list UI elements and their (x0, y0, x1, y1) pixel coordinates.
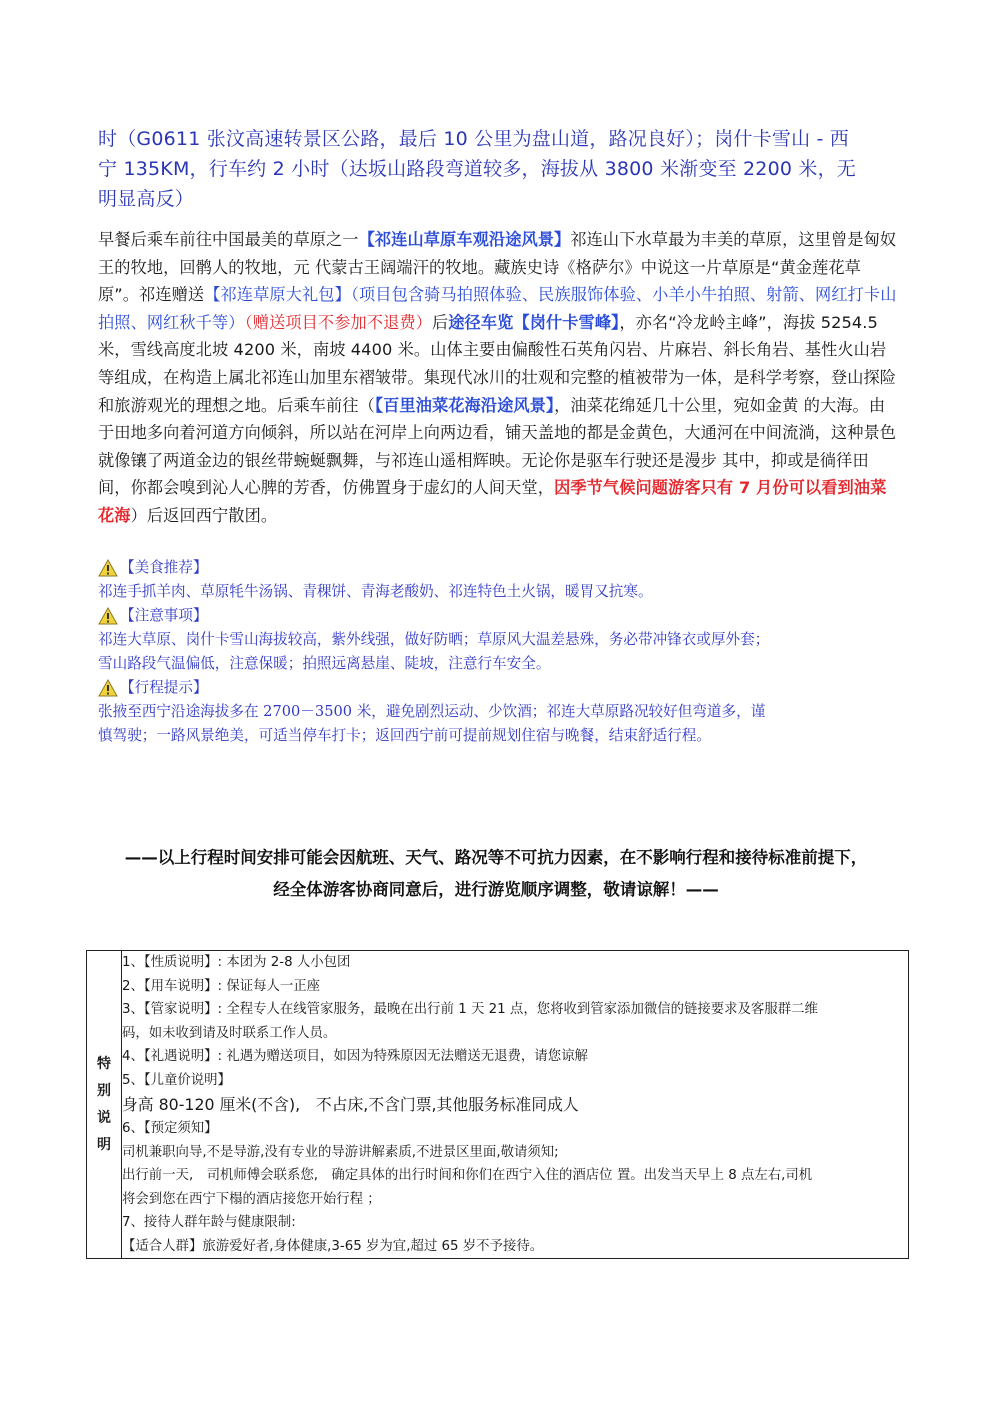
note-row: 司机兼职向导,不是导游,没有专业的导游讲解素质,不进景区里面,敬请须知; (122, 1141, 908, 1165)
route-line-1: 时（G0611 张汶高速转景区公路，最后 10 公里为盘山道，路况良好）；岗什卡… (98, 124, 898, 154)
tip-title: 【美食推荐】 (120, 556, 208, 580)
highlight-rapeseed: 【百里油菜花海沿途风景】 (375, 396, 554, 415)
label-char: 明 (87, 1132, 121, 1159)
desc-text: 后 (432, 313, 448, 332)
tip-cautions: 【注意事项】 祁连大草原、岗什卡雪山海拔较高，紫外线强，做好防晒；草原风大温差悬… (98, 604, 903, 676)
schedule-change-notice: ——以上行程时间安排可能会因航班、天气、路况等不可抗力因素，在不影响行程和接待标… (70, 842, 922, 906)
note-row: 3、【管家说明】: 全程专人在线管家服务，最晚在出行前 1 天 21 点，您将收… (122, 998, 908, 1022)
tip-line: 雪山路段气温偏低，注意保暖；拍照远离悬崖、陡坡，注意行车安全。 (98, 652, 903, 676)
special-notes-content: 1、【性质说明】: 本团为 2-8 人小包团 2、【用车说明】: 保证每人一正座… (122, 951, 909, 1259)
highlight-qilian-grassland: 【祁连山草原车观沿途风景】 (359, 230, 571, 249)
tip-food: 【美食推荐】 祁连手抓羊肉、草原牦牛汤锅、青稞饼、青海老酸奶、祁连特色土火锅，暖… (98, 556, 903, 604)
tip-line: 祁连大草原、岗什卡雪山海拔较高，紫外线强，做好防晒；草原风大温差悬殊，务必带冲锋… (98, 628, 903, 652)
special-notes-table: 特 别 说 明 1、【性质说明】: 本团为 2-8 人小包团 2、【用车说明】:… (86, 950, 909, 1259)
itinerary-description: 早餐后乘车前往中国最美的草原之一【祁连山草原车观沿途风景】祁连山下水草最为丰美的… (98, 226, 898, 530)
note-row: 【适合人群】旅游爱好者,身体健康,3-65 岁为宜,超过 65 岁不予接待。 (122, 1235, 908, 1259)
note-row: 1、【性质说明】: 本团为 2-8 人小包团 (122, 951, 908, 975)
label-char: 说 (87, 1105, 121, 1132)
route-header: 时（G0611 张汶高速转景区公路，最后 10 公里为盘山道，路况良好）；岗什卡… (98, 124, 898, 214)
route-line-2: 宁 135KM，行车约 2 小时（达坂山路段弯道较多，海拔从 3800 米渐变至… (98, 154, 898, 184)
tips-section: 【美食推荐】 祁连手抓羊肉、草原牦牛汤锅、青稞饼、青海老酸奶、祁连特色土火锅，暖… (98, 556, 903, 748)
note-row: 2、【用车说明】: 保证每人一正座 (122, 975, 908, 999)
tip-line: 祁连手抓羊肉、草原牦牛汤锅、青稞饼、青海老酸奶、祁连特色土火锅，暖胃又抗寒。 (98, 580, 903, 604)
route-line-3: 明显高反） (98, 184, 898, 214)
note-row: 6、【预定须知】 (122, 1117, 908, 1141)
notice-line-1: ——以上行程时间安排可能会因航班、天气、路况等不可抗力因素，在不影响行程和接待标… (70, 842, 922, 874)
tip-itinerary: 【行程提示】 张掖至西宁沿途海拔多在 2700－3500 米，避免剧烈运动、少饮… (98, 676, 903, 748)
label-char: 别 (87, 1078, 121, 1105)
note-row: 出行前一天, 司机师傅会联系您, 确定具体的出行时间和你们在西宁入住的酒店位 置… (122, 1164, 908, 1188)
note-row: 身高 80-120 厘米(不含), 不占床,不含门票,其他服务标准同成人 (122, 1092, 908, 1117)
notice-line-2: 经全体游客协商同意后，进行游览顺序调整，敬请谅解！—— (70, 874, 922, 906)
warning-icon (98, 679, 118, 697)
label-char: 特 (87, 1051, 121, 1078)
note-row: 7、接待人群年龄与健康限制: (122, 1211, 908, 1235)
highlight-gangshika: 【岗什卡雪峰】 (513, 313, 619, 332)
note-row: 4、【礼遇说明】: 礼遇为赠送项目，如因为特殊原因无法赠送无退费，请您谅解 (122, 1045, 908, 1069)
desc-text: ）后返回西宁散团。 (131, 506, 278, 525)
gift-note: （赠送项目不参加不退费） (245, 313, 432, 332)
warning-icon (98, 607, 118, 625)
document-page: 时（G0611 张汶高速转景区公路，最后 10 公里为盘山道，路况良好）；岗什卡… (0, 0, 992, 1403)
note-row: 码，如未收到请及时联系工作人员。 (122, 1022, 908, 1046)
note-row: 将会到您在西宁下榻的酒店接您开始行程 ； (122, 1188, 908, 1212)
tip-line: 慎驾驶；一路风景绝美，可适当停车打卡；返回西宁前可提前规划住宿与晚餐，结束舒适行… (98, 724, 903, 748)
desc-text: 早餐后乘车前往中国最美的草原之一 (98, 230, 359, 249)
special-notes-label: 特 别 说 明 (87, 951, 122, 1259)
highlight-route-view: 途径车览 (448, 313, 513, 332)
tip-title: 【行程提示】 (120, 676, 208, 700)
warning-icon (98, 559, 118, 577)
tip-line: 张掖至西宁沿途海拔多在 2700－3500 米，避免剧烈运动、少饮酒；祁连大草原… (98, 700, 903, 724)
note-row: 5、【儿童价说明】 (122, 1069, 908, 1093)
tip-title: 【注意事项】 (120, 604, 208, 628)
